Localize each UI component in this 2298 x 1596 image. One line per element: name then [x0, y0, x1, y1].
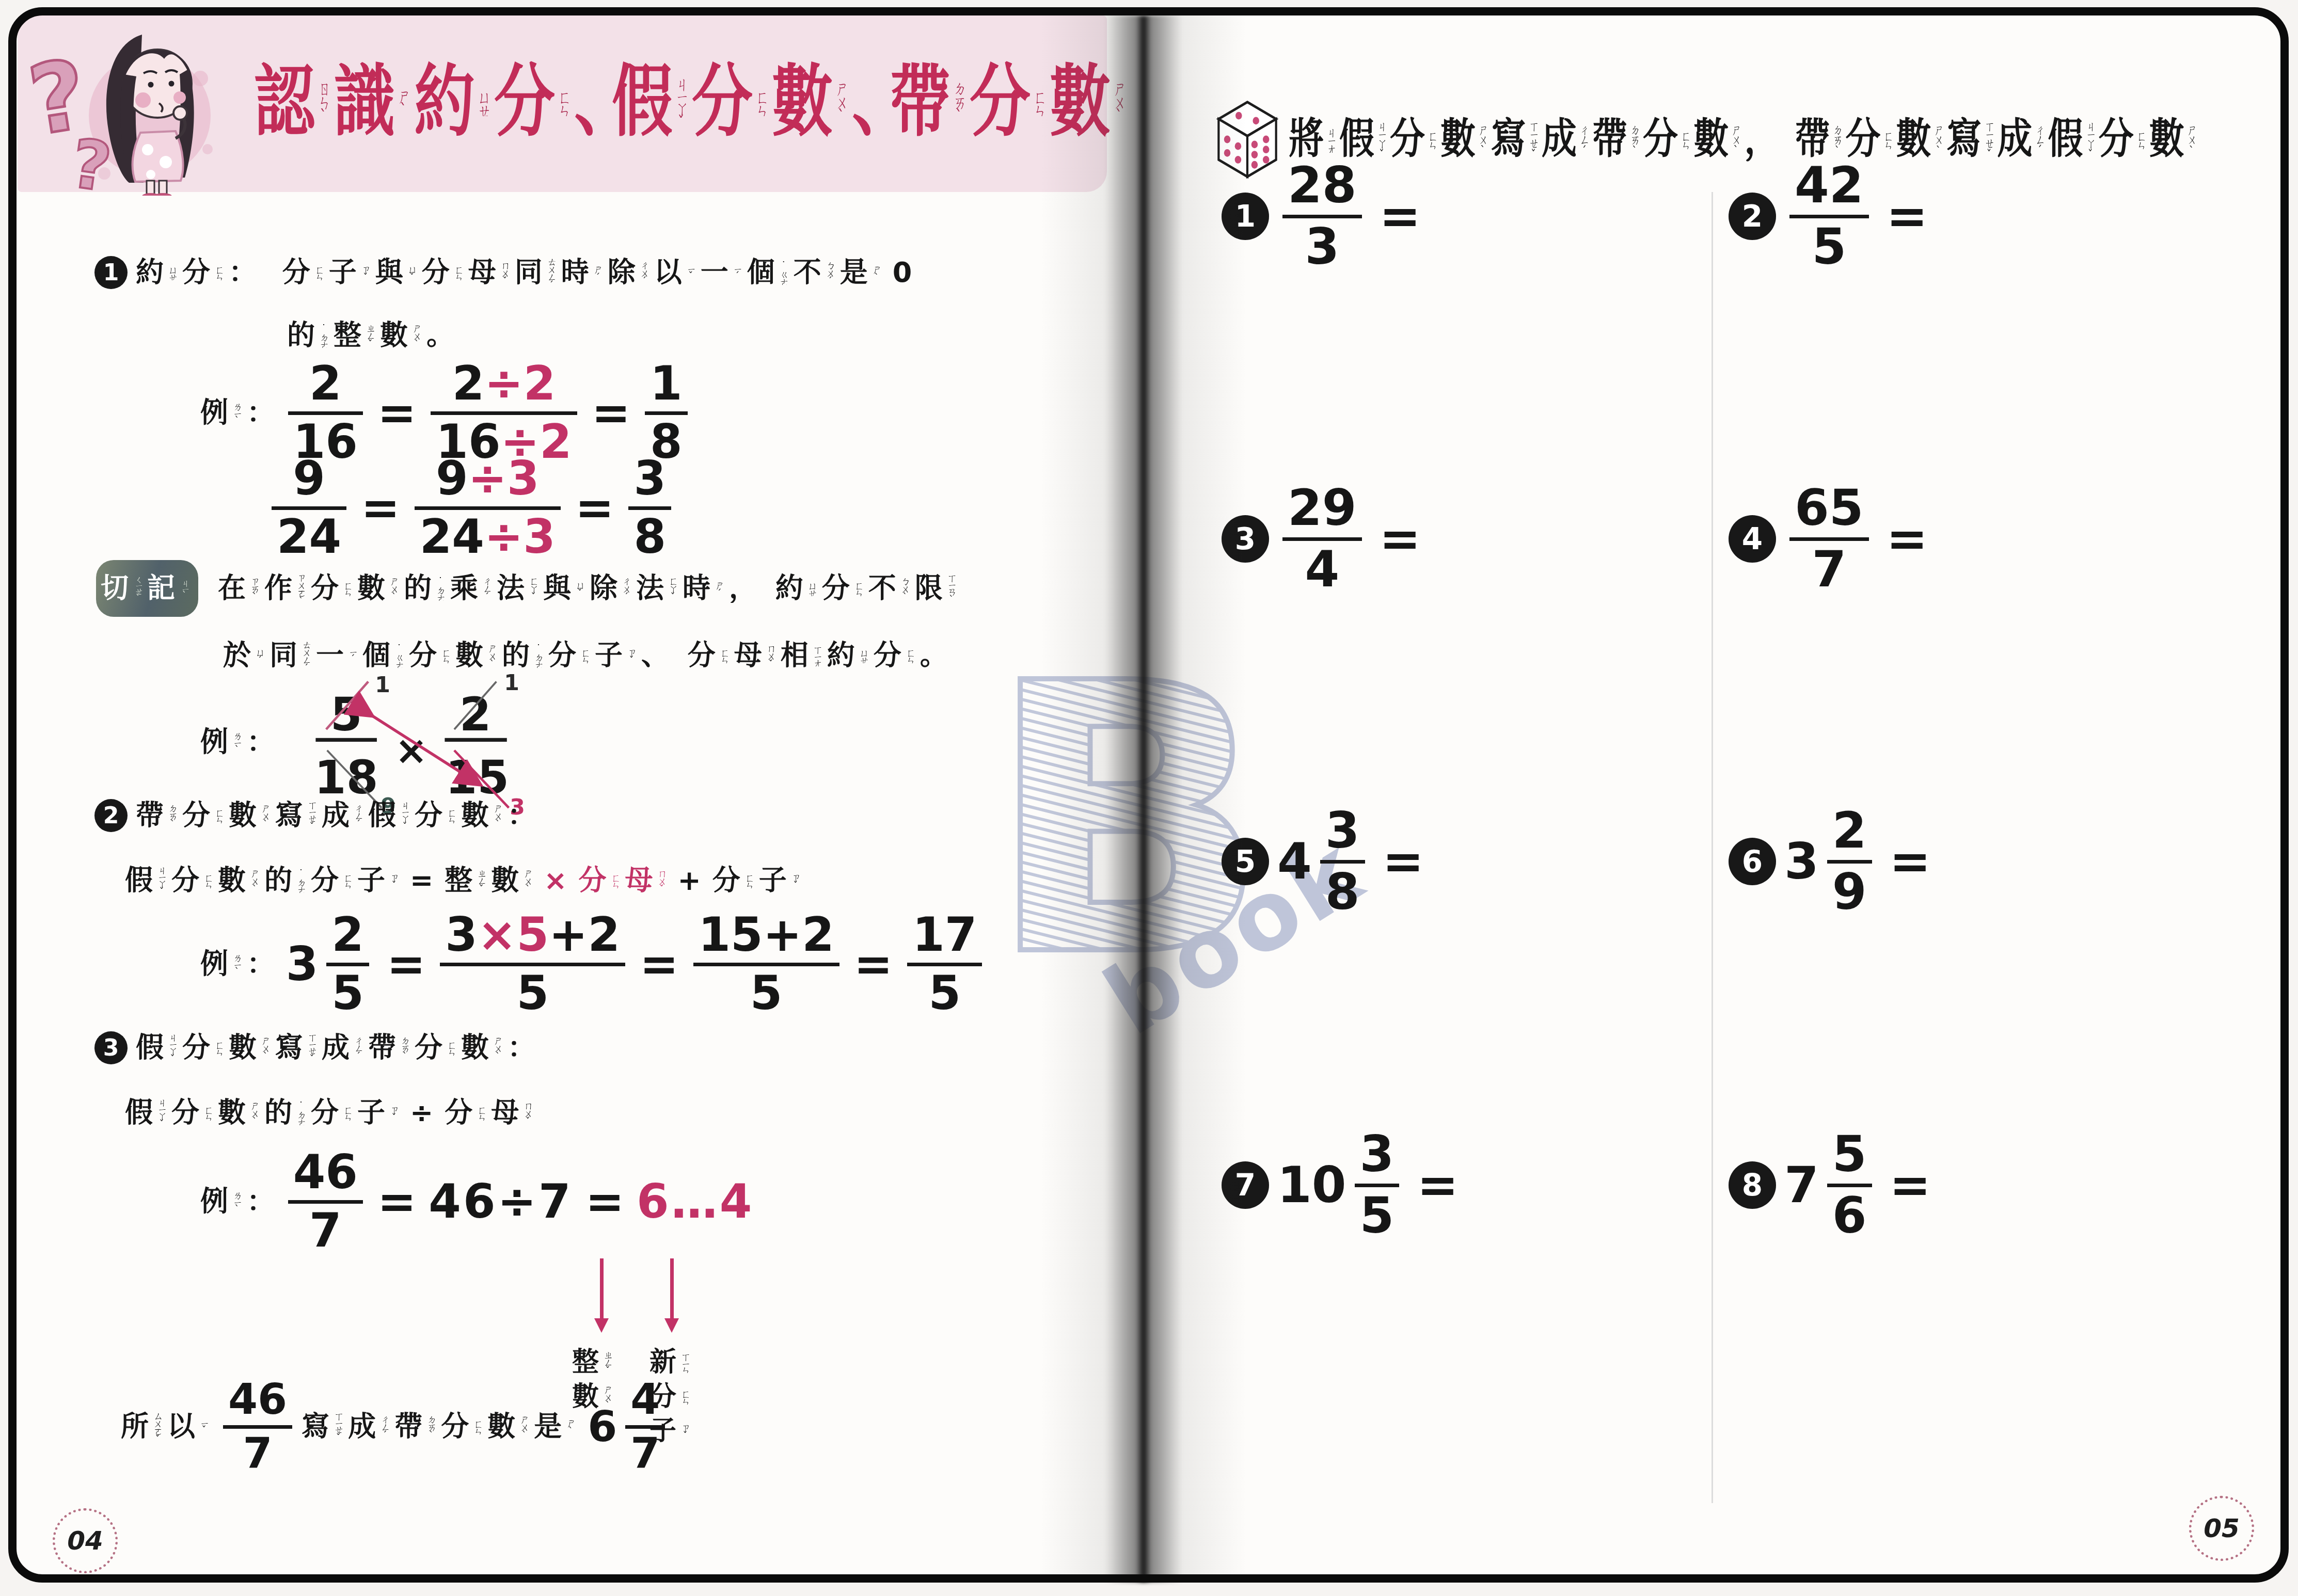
- point-number-badge: 3: [94, 1031, 128, 1064]
- char-unit: 分ㄈㄣ: [970, 61, 1045, 143]
- zhuyin-ruby: ㄈㄣ: [1426, 130, 1437, 149]
- cancelled-value: 1: [504, 670, 519, 696]
- fraction-bar: [326, 963, 369, 966]
- math-segment: 6: [1832, 1191, 1867, 1241]
- zhuyin-ruby: ㄊㄨㄥˊ: [544, 257, 556, 289]
- point-1-label: 約ㄩㄝ分ㄈㄣ：: [136, 258, 249, 288]
- zhuyin-ruby: ㄗˇ: [677, 1423, 690, 1440]
- char-unit: 新ㄒㄧㄣ: [649, 1348, 690, 1377]
- char-unit: 分ㄈㄣ: [445, 1098, 486, 1128]
- char-unit: 數ㄕㄨˋ: [357, 574, 399, 603]
- zhuyin-ruby: ㄕˊ: [590, 264, 603, 281]
- zhuyin-ruby: ㄐㄧㄚˇ: [1375, 120, 1387, 159]
- zhuyin-ruby: ㄉㄞˋ: [1831, 123, 1843, 155]
- math-segment: 8: [633, 514, 666, 561]
- char-unit: 以ㄧˇ: [167, 1412, 209, 1442]
- math-segment: 3: [445, 912, 478, 959]
- char-unit: 帶ㄉㄞˋ: [394, 1412, 436, 1442]
- zhuyin-ruby: ㄓㄥˇ: [362, 323, 375, 348]
- char-unit: 數ㄕㄨˋ: [2149, 118, 2197, 161]
- zhuyin-ruby: ㄕㄨˋ: [2185, 123, 2197, 155]
- zhuyin-ruby: ㄈㄣ: [438, 648, 450, 663]
- ruby-text: 所ㄙㄨㄛˇ以ㄧˇ: [121, 1411, 214, 1443]
- zhuyin-ruby: ㄈㄚˇ: [526, 576, 538, 601]
- cancel-numerator-2: 2: [459, 688, 491, 741]
- char-unit: ：: [247, 728, 262, 757]
- zhuyin-ruby: ㄈㄣ: [608, 873, 620, 888]
- problem-number-badge: 2: [1729, 193, 1776, 240]
- zhuyin-ruby: ㄔㄥˊ: [351, 1035, 363, 1060]
- zhuyin-ruby: ㄈㄣ: [470, 1419, 482, 1434]
- char-unit: 寫ㄒㄧㄝˇ: [1491, 118, 1539, 161]
- char-unit: 寫ㄒㄧㄝˇ: [1947, 118, 1994, 161]
- char-unit: 成ㄔㄥˊ: [348, 1412, 389, 1442]
- fraction: 35: [1355, 1129, 1400, 1241]
- math-segment: 9: [293, 455, 325, 503]
- fraction: 29: [1827, 806, 1872, 918]
- char-unit: ：: [508, 1033, 523, 1063]
- equation: 467=46÷7=6…4: [283, 1149, 757, 1255]
- zhuyin-ruby: ㄕㄨˋ: [490, 803, 502, 828]
- zhuyin-ruby: ㄕˋ: [396, 87, 410, 118]
- zhuyin-ruby: ㄑㄧㄝˋ: [130, 575, 142, 602]
- zhuyin-ruby: ㄐㄧㄚˇ: [154, 1097, 166, 1128]
- char-unit: 不ㄅㄨˊ: [794, 258, 835, 288]
- zhuyin-ruby: ㄩㄝ: [804, 581, 817, 596]
- point-2-heading: 2 帶ㄉㄞˋ分ㄈㄣ數ㄕㄨˋ寫ㄒㄧㄝˇ成ㄔㄥˊ假ㄐㄧㄚˇ分ㄈㄣ數ㄕㄨˋ：: [94, 784, 528, 848]
- whole-number: 7: [1784, 1156, 1819, 1214]
- char-unit: 認ㄖㄣˋ: [254, 61, 330, 143]
- char-unit: 法ㄈㄚˇ: [636, 574, 677, 603]
- zhuyin-ruby: ㄔㄥˊ: [479, 576, 492, 601]
- problem-number-badge: 8: [1729, 1161, 1776, 1209]
- char-unit: 成ㄔㄥˊ: [322, 1033, 363, 1063]
- fraction-bar: [693, 963, 839, 966]
- zhuyin-ruby: ㄔㄥˊ: [377, 1414, 389, 1439]
- zhuyin-ruby: ㄈㄣ: [443, 808, 456, 823]
- char-unit: 的˙ㄉㄜ: [287, 321, 328, 350]
- zhuyin-ruby: ㄈㄚˇ: [665, 576, 677, 601]
- fraction: 56: [1827, 1129, 1872, 1241]
- arrow-to-whole-number: [600, 1258, 604, 1319]
- math-segment: +2: [549, 912, 620, 959]
- zhuyin-ruby: ㄩˇ: [572, 580, 584, 597]
- fraction-bar: [645, 411, 688, 415]
- column-divider: [1711, 192, 1713, 1503]
- char-unit: 整ㄓㄥˇ: [445, 866, 486, 896]
- equals-sign: =: [1890, 1156, 1931, 1214]
- char-unit: 母ㄇㄨˇ: [468, 258, 510, 288]
- remember-badge: 切ㄑㄧㄝˋ記ㄐㄧˋ: [96, 560, 198, 617]
- char-unit: 假ㄐㄧㄚˇ: [125, 1097, 166, 1128]
- zhuyin-ruby: ㄒㄧㄝˇ: [330, 1411, 343, 1442]
- math-segment: 2: [452, 360, 485, 408]
- problem-3: 3294=: [1222, 479, 1430, 599]
- fraction-bar: [223, 1425, 292, 1429]
- math-segment: 46÷7: [429, 1175, 573, 1229]
- note-line-1: 切ㄑㄧㄝˋ記ㄐㄧˋ 在ㄗㄞˋ作ㄗㄨㄛˋ分ㄈㄣ數ㄕㄨˋ的˙ㄉㄜ乘ㄔㄥˊ法ㄈㄚˇ與ㄩ…: [96, 556, 961, 620]
- fraction: 425: [1789, 161, 1869, 273]
- math-segment: 46: [228, 1378, 287, 1422]
- problem-number-badge: 5: [1222, 838, 1269, 885]
- improper-to-mixed-example: 例ㄌㄧˋ： 467=46÷7=6…4: [200, 1142, 757, 1262]
- equals-sign: =: [1383, 833, 1424, 890]
- math-segment: 28: [1288, 161, 1357, 211]
- zhuyin-ruby: ㄈㄣ: [200, 873, 213, 888]
- text-gap: [1767, 136, 1795, 142]
- math-segment: 5: [331, 970, 364, 1017]
- math-segment: 9: [1832, 867, 1867, 918]
- page-number-right: 05: [2189, 1496, 2254, 1561]
- zhuyin-ruby: ㄉㄞˋ: [952, 80, 965, 124]
- math-segment: 5: [1360, 1191, 1394, 1241]
- zhuyin-ruby: ㄌㄧˋ: [229, 953, 242, 976]
- zhuyin-ruby: ㄔㄥˊ: [1578, 123, 1589, 155]
- zhuyin-ruby: ㄌㄧˋ: [229, 1190, 242, 1213]
- zhuyin-ruby: ㄈㄣ: [340, 1105, 352, 1121]
- zhuyin-ruby: ㄌㄧˋ: [229, 731, 242, 754]
- char-unit: 識ㄕˋ: [334, 61, 410, 143]
- zhuyin-ruby: ㄐㄧㄚˇ: [154, 865, 166, 896]
- char-unit: 切ㄑㄧㄝˋ: [101, 574, 142, 603]
- zhuyin-ruby: ㄩㄝ: [476, 88, 490, 116]
- zhuyin-ruby: ㄒㄧㄝˇ: [1983, 120, 1994, 159]
- char-unit: 分ㄈㄣ: [692, 61, 768, 143]
- zhuyin-ruby: ㄉㄞˋ: [165, 803, 177, 828]
- zhuyin-ruby: ˙ㄉㄜ: [433, 576, 445, 601]
- point-2-formula: 假ㄐㄧㄚˇ分ㄈㄣ數ㄕㄨˋ的˙ㄉㄜ分ㄈㄣ子ㄗˇ=整ㄓㄥˇ數ㄕㄨˋ×分ㄈㄣ母ㄇㄨˇ+…: [125, 849, 805, 913]
- zhuyin-ruby: ㄈㄣ: [717, 648, 729, 663]
- char-unit: 約ㄩㄝ: [775, 574, 817, 603]
- char-unit: 數ㄕㄨˋ: [380, 321, 421, 350]
- char-unit: 子ㄗˇ: [649, 1417, 690, 1445]
- zhuyin-ruby: ㄇㄨˇ: [520, 1100, 532, 1125]
- whole-number: 10: [1277, 1156, 1346, 1214]
- math-segment: ÷3: [468, 455, 540, 503]
- zhuyin-ruby: ㄈㄣ: [211, 265, 224, 280]
- zhuyin-ruby: ㄈㄣ: [754, 88, 768, 116]
- math-segment: 5: [1832, 1129, 1867, 1180]
- expression: 6…4: [637, 1175, 754, 1229]
- problem-5: 5438=: [1222, 802, 1433, 921]
- zhuyin-ruby: ㄕˋ: [869, 264, 881, 281]
- fraction: 25: [326, 912, 369, 1017]
- point-2-label: 帶ㄉㄞˋ分ㄈㄣ數ㄕㄨˋ寫ㄒㄧㄝˇ成ㄔㄥˊ假ㄐㄧㄚˇ分ㄈㄣ數ㄕㄨˋ：: [136, 800, 528, 831]
- fraction-bar: [415, 506, 561, 510]
- char-unit: 分ㄈㄣ: [311, 866, 352, 896]
- mixed-to-improper-example: 例ㄌㄧˋ： 325=3×5+25=15+25=175: [200, 904, 987, 1024]
- char-unit: 子ㄗˇ: [329, 258, 370, 288]
- char-unit: 數ㄕㄨˋ: [218, 1098, 259, 1128]
- math-segment: 3: [1325, 806, 1360, 856]
- math-segment: 24: [420, 514, 484, 561]
- char-unit: ，: [729, 574, 744, 603]
- char-unit: 數ㄕㄨˋ: [1050, 61, 1126, 143]
- zhuyin-ruby: ㄐㄧㄚˇ: [674, 75, 688, 130]
- char-unit: ，: [1744, 118, 1763, 161]
- char-unit: 數ㄕㄨˋ: [572, 1383, 612, 1411]
- problem-number-badge: 7: [1222, 1161, 1269, 1209]
- char-unit: 分ㄈㄣ: [494, 61, 570, 143]
- zhuyin-ruby: ˙ㄉㄜ: [316, 323, 328, 348]
- zhuyin-ruby: ㄅㄨˊ: [822, 260, 835, 285]
- char-unit: 約ㄩㄝ: [827, 641, 868, 671]
- equals-sign: =: [1380, 510, 1421, 568]
- example-label: 例ㄌㄧˋ：: [200, 950, 267, 979]
- char-unit: 分ㄈㄣ: [1643, 118, 1690, 161]
- math-segment: 65: [1795, 483, 1864, 534]
- char-unit: 一ㄧˊ: [701, 258, 742, 288]
- char-unit: 分ㄈㄣ: [441, 1412, 482, 1442]
- char-unit: 分ㄈㄣ: [874, 641, 915, 671]
- math-segment: ÷3: [484, 514, 556, 561]
- char-unit: 分ㄈㄣ: [548, 641, 590, 671]
- char-unit: 分ㄈㄣ: [579, 866, 620, 896]
- problem-2: 2425=: [1729, 156, 1937, 276]
- point-3-label: 假ㄐㄧㄚˇ分ㄈㄣ數ㄕㄨˋ寫ㄒㄧㄝˇ成ㄔㄥˊ帶ㄉㄞˋ分ㄈㄣ數ㄕㄨˋ：: [136, 1032, 528, 1063]
- char-unit: ×: [537, 866, 573, 896]
- char-unit: 、: [574, 61, 608, 143]
- zhuyin-ruby: ㄈㄣ: [1032, 88, 1045, 116]
- char-unit: 分ㄈㄣ: [415, 1033, 456, 1063]
- zhuyin-ruby: ㄕㄨˋ: [1932, 123, 1944, 155]
- char-unit: 子ㄗˇ: [759, 866, 800, 896]
- zhuyin-ruby: ㄈㄣ: [473, 1105, 486, 1121]
- zhuyin-ruby: ㄅㄨˋ: [897, 576, 910, 601]
- char-unit: 假ㄐㄧㄚˇ: [125, 865, 166, 896]
- char-unit: 數ㄕㄨˋ: [229, 801, 270, 831]
- page-number-left: 04: [53, 1508, 118, 1573]
- zhuyin-ruby: ㄐㄧㄚˇ: [2084, 120, 2096, 159]
- operator: =: [640, 937, 678, 992]
- whole-number: 4: [1277, 833, 1312, 890]
- zhuyin-ruby: ㄓㄥˇ: [473, 868, 486, 893]
- zhuyin-ruby: ㄈㄣ: [677, 1389, 690, 1405]
- fraction: 175: [907, 912, 982, 1017]
- char-unit: 。: [920, 641, 936, 671]
- char-unit: 數ㄕㄨˋ: [218, 866, 259, 896]
- math-segment: 15+2: [699, 912, 834, 959]
- problem-1: 1283=: [1222, 156, 1430, 276]
- char-unit: 以ㄧˇ: [654, 258, 695, 288]
- char-unit: 分ㄈㄣ: [1846, 118, 1893, 161]
- char-unit: 分ㄈㄣ: [688, 641, 729, 671]
- whole-number: 3: [1784, 833, 1819, 890]
- zhuyin-ruby: ㄈㄣ: [556, 88, 570, 116]
- fraction: 294: [1282, 483, 1362, 595]
- math-segment: 42: [1795, 161, 1864, 211]
- math-segment: 2: [1832, 806, 1867, 856]
- char-unit: 子ㄗˇ: [357, 866, 399, 896]
- char-unit: 子ㄗˇ: [595, 641, 636, 671]
- zhuyin-ruby: ㄕㄨˋ: [247, 868, 259, 893]
- char-unit: 母ㄇㄨˇ: [625, 866, 667, 896]
- text-gap: [1280, 136, 1289, 142]
- char-unit: 分ㄈㄣ: [311, 574, 352, 603]
- zhuyin-ruby: ㄈㄣ: [340, 873, 352, 888]
- char-unit: 假ㄐㄧㄚˇ: [612, 61, 688, 143]
- char-unit: 記ㄐㄧˋ: [147, 574, 188, 603]
- problem-6: 6329=: [1729, 802, 1940, 921]
- zhuyin-ruby: ㄈㄣ: [200, 1105, 213, 1121]
- char-unit: =: [404, 866, 439, 896]
- math-segment: 8: [1325, 867, 1360, 918]
- char-unit: 帶ㄉㄞˋ: [368, 1033, 409, 1063]
- zhuyin-ruby: ㄈㄣ: [1679, 130, 1690, 149]
- char-unit: 分ㄈㄣ: [649, 1383, 690, 1411]
- char-unit: 除ㄔㄨˊ: [608, 258, 649, 288]
- math-segment: 5: [516, 970, 549, 1017]
- zhuyin-ruby: ㄗˇ: [358, 264, 370, 281]
- equals-sign: =: [1887, 187, 1928, 245]
- char-unit: 時ㄕˊ: [683, 574, 724, 603]
- char-unit: 是ㄕˋ: [534, 1412, 575, 1442]
- char-unit: 分ㄈㄣ: [422, 258, 463, 288]
- zhuyin-ruby: ㄓㄥˇ: [600, 1350, 612, 1375]
- fraction: 15+25: [693, 912, 839, 1017]
- point-number-badge: 2: [94, 799, 128, 832]
- char-unit: 。: [426, 321, 442, 350]
- math-segment: 5: [929, 970, 961, 1017]
- problem-7: 71035=: [1222, 1125, 1468, 1245]
- char-unit: 數ㄕㄨˋ: [1693, 118, 1741, 161]
- zhuyin-ruby: ㄗˇ: [624, 647, 636, 664]
- text-gap: [662, 653, 688, 658]
- fraction: 9÷324÷3: [415, 455, 561, 561]
- equals-sign: =: [1380, 187, 1421, 245]
- exercise-instruction: 將ㄐㄧㄤ假ㄐㄧㄚˇ分ㄈㄣ數ㄕㄨˋ寫ㄒㄧㄝˇ成ㄔㄥˊ帶ㄉㄞˋ分ㄈㄣ數ㄕㄨˋ，帶ㄉㄞ…: [1289, 118, 2200, 161]
- zhuyin-ruby: ㄈㄣ: [902, 648, 915, 663]
- char-unit: 分ㄈㄣ: [182, 801, 224, 831]
- zhuyin-ruby: ㄕㄨˋ: [1730, 123, 1741, 155]
- char-unit: 同ㄊㄨㄥˊ: [515, 257, 556, 289]
- mixed-number: 325: [286, 912, 374, 1017]
- equals-sign: =: [1890, 833, 1931, 890]
- char-unit: 個˙ㄍㄜ: [747, 258, 788, 288]
- math-segment: 2: [331, 912, 364, 959]
- zhuyin-ruby: ㄉㄞˋ: [423, 1414, 436, 1439]
- zhuyin-ruby: ㄒㄧㄝˇ: [1527, 120, 1539, 159]
- problem-number-badge: 6: [1729, 838, 1776, 885]
- zhuyin-ruby: ㄈㄣ: [211, 808, 224, 823]
- char-unit: 數ㄕㄨˋ: [772, 61, 848, 143]
- char-unit: 時ㄕˊ: [561, 258, 603, 288]
- fraction: 38: [1320, 806, 1365, 918]
- zhuyin-ruby: ㄉㄞˋ: [1628, 123, 1640, 155]
- zhuyin-ruby: ㄈㄣ: [211, 1040, 224, 1056]
- zhuyin-ruby: ㄉㄞˋ: [397, 1035, 409, 1060]
- char-unit: ：: [247, 398, 262, 428]
- char-unit: 分ㄈㄣ: [182, 258, 224, 288]
- math-segment: 46: [293, 1149, 358, 1196]
- math-segment: ÷2: [484, 360, 556, 408]
- char-unit: 分ㄈㄣ: [822, 574, 863, 603]
- zhuyin-ruby: ㄔㄥˊ: [2034, 123, 2045, 155]
- zhuyin-ruby: ㄈㄣ: [851, 581, 863, 596]
- char-unit: 0: [886, 258, 918, 288]
- char-unit: 限ㄒㄧㄢˋ: [915, 573, 956, 603]
- zhuyin-ruby: ㄇㄨˇ: [654, 868, 667, 893]
- equals-sign: =: [1887, 510, 1928, 568]
- zhuyin-ruby: ㄕㄨˋ: [386, 576, 399, 601]
- char-unit: 母ㄇㄨˇ: [734, 641, 775, 671]
- zhuyin-ruby: ㄧˊ: [730, 265, 742, 280]
- scanned-workbook-spread: ? ? 認ㄖㄣˋ識ㄕˋ約ㄩㄝ分: [0, 0, 2298, 1596]
- zhuyin-ruby: ㄩˇ: [404, 264, 417, 281]
- char-unit: ：: [508, 801, 523, 831]
- char-unit: 假ㄐㄧㄚˇ: [1339, 118, 1387, 161]
- operator: =: [585, 1175, 624, 1229]
- char-unit: 分ㄈㄣ: [712, 866, 754, 896]
- operator: =: [377, 386, 416, 440]
- zhuyin-ruby: ㄐㄧㄚˇ: [165, 1032, 177, 1063]
- example-label: 例ㄌㄧˋ：: [200, 1187, 267, 1217]
- text-gap: [249, 270, 282, 275]
- char-unit: 數ㄕㄨˋ: [491, 866, 532, 896]
- char-unit: ÷: [404, 1098, 439, 1128]
- zhuyin-ruby: ㄈㄣ: [443, 1040, 456, 1056]
- note-text-1: 在ㄗㄞˋ作ㄗㄨㄛˋ分ㄈㄣ數ㄕㄨˋ的˙ㄉㄜ乘ㄔㄥˊ法ㄈㄚˇ與ㄩˇ除ㄔㄨˊ法ㄈㄚˇ時…: [218, 572, 961, 605]
- zhuyin-ruby: ㄒㄧㄝˇ: [304, 800, 316, 831]
- zhuyin-ruby: ㄈㄣ: [311, 265, 324, 280]
- char-unit: 的˙ㄉㄜ: [264, 1098, 306, 1128]
- fraction: 283: [1282, 161, 1362, 273]
- operator: =: [575, 481, 614, 535]
- char-unit: 成ㄔㄥˊ: [1542, 118, 1589, 161]
- expression: 46÷7: [429, 1175, 573, 1229]
- char-unit: 寫ㄒㄧㄝˇ: [275, 800, 316, 831]
- math-segment: 4: [1305, 545, 1339, 595]
- zhuyin-ruby: ㄇㄨˇ: [497, 260, 510, 285]
- math-segment: 5: [1812, 222, 1846, 273]
- zhuyin-ruby: ㄈㄣ: [741, 873, 754, 888]
- char-unit: 假ㄐㄧㄚˇ: [2048, 118, 2096, 161]
- zhuyin-ruby: ㄕㄨˋ: [600, 1384, 612, 1409]
- char-unit: 、: [852, 61, 885, 143]
- zhuyin-ruby: ㄗˇ: [386, 872, 399, 889]
- char-unit: 整ㄓㄥˇ: [334, 321, 375, 350]
- char-unit: 例ㄌㄧˋ: [200, 398, 242, 428]
- zhuyin-ruby: ㄖㄣˋ: [316, 80, 330, 124]
- char-unit: 與ㄩˇ: [375, 258, 417, 288]
- math-segment: 7: [1812, 545, 1846, 595]
- fraction: 467: [288, 1149, 363, 1255]
- example-label: 例ㄌㄧˋ：: [200, 398, 267, 428]
- char-unit: 數ㄕㄨˋ: [461, 1033, 502, 1063]
- text-gap: [750, 586, 775, 591]
- char-unit: 子ㄗˇ: [357, 1098, 399, 1128]
- char-unit: 相ㄒㄧㄤ: [781, 641, 822, 671]
- page-content: 認ㄖㄣˋ識ㄕˋ約ㄩㄝ分ㄈㄣ、假ㄐㄧㄚˇ分ㄈㄣ數ㄕㄨˋ、帶ㄉㄞˋ分ㄈㄣ數ㄕㄨˋ 1…: [0, 0, 2298, 1596]
- char-unit: 分ㄈㄣ: [182, 1033, 224, 1063]
- fraction-bar: [440, 963, 625, 966]
- fraction-bar: [288, 1200, 363, 1204]
- char-unit: 約ㄩㄝ: [136, 258, 177, 288]
- char-unit: 數ㄕㄨˋ: [1896, 118, 1944, 161]
- operator: =: [387, 937, 425, 992]
- char-unit: 乘ㄔㄥˊ: [450, 574, 492, 603]
- char-unit: 數ㄕㄨˋ: [487, 1412, 529, 1442]
- char-unit: 不ㄅㄨˋ: [868, 574, 910, 603]
- zhuyin-ruby: ㄔㄨˊ: [619, 576, 631, 601]
- char-unit: 的˙ㄉㄜ: [404, 574, 445, 603]
- zhuyin-ruby: ㄕㄨˋ: [258, 803, 270, 828]
- char-unit: 帶ㄉㄞˋ: [890, 61, 965, 143]
- char-unit: 假ㄐㄧㄚˇ: [136, 1032, 177, 1063]
- point-1-heading: 1 約ㄩㄝ分ㄈㄣ： 分ㄈㄣ子ㄗˇ與ㄩˇ分ㄈㄣ母ㄇㄨˇ同ㄊㄨㄥˊ時ㄕˊ除ㄔㄨˊ以ㄧ…: [94, 241, 923, 305]
- equals-sign: =: [1417, 1156, 1458, 1214]
- zhuyin-ruby: ㄈㄣ: [451, 265, 463, 280]
